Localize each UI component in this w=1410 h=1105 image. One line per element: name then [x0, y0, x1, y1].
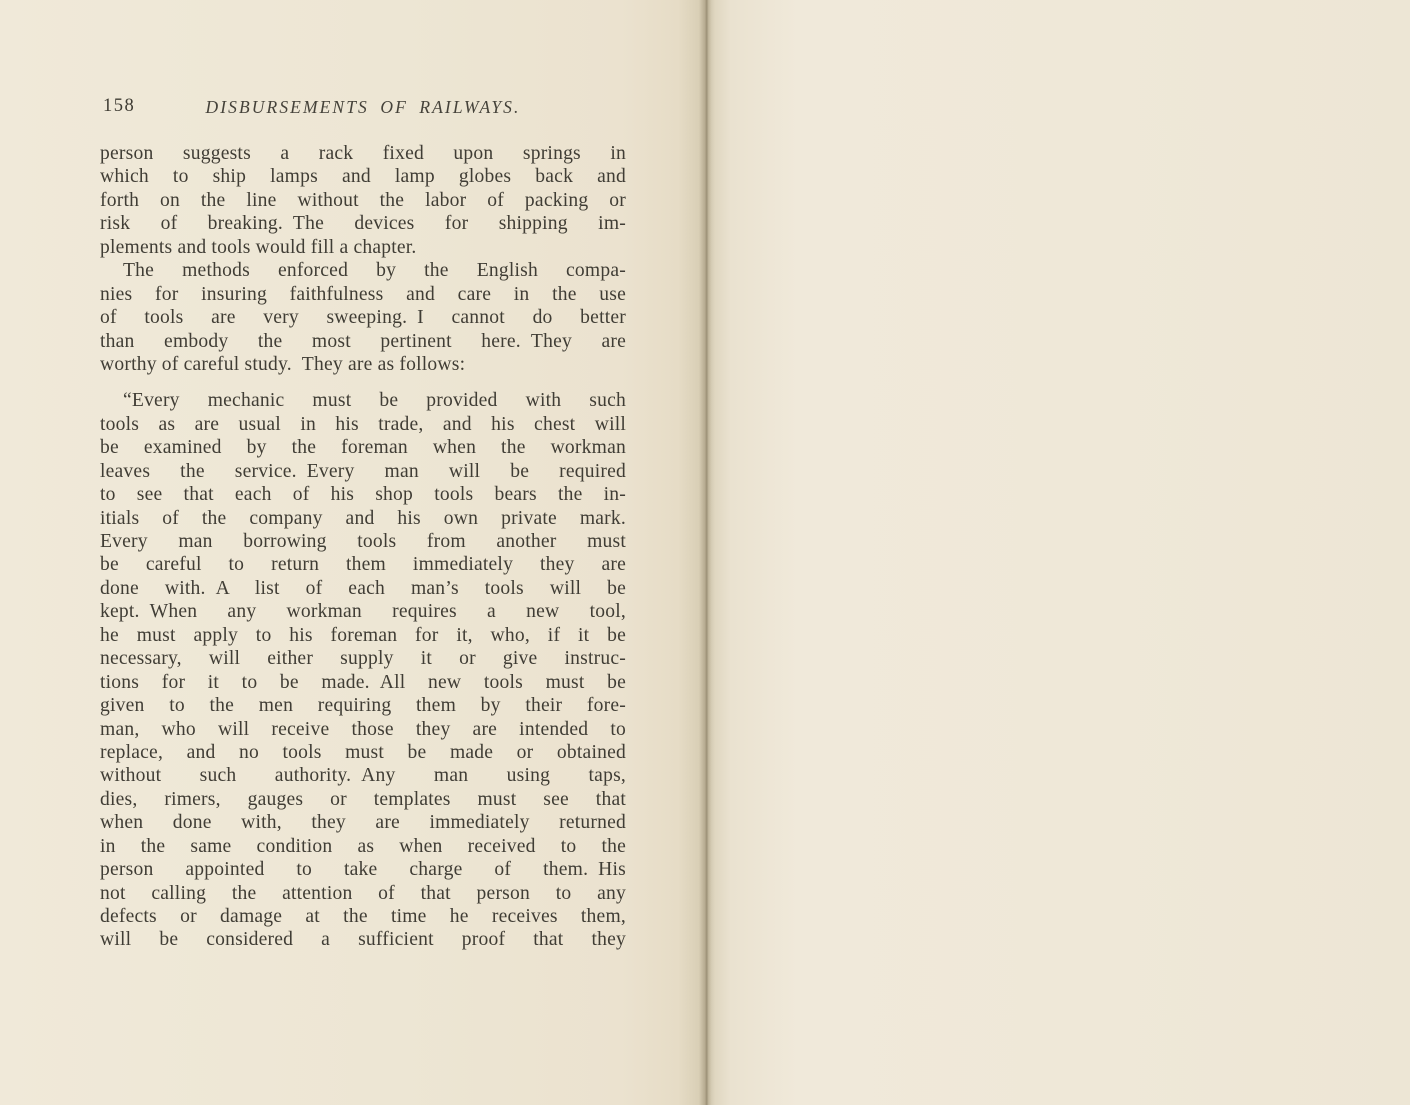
text-line: person appointed to take charge of them.… [100, 858, 626, 881]
text-line: nies for insuring faithfulness and care … [100, 283, 626, 306]
text-line: person suggests a rack fixed upon spring… [100, 142, 626, 165]
text-line: in the same condition as when received t… [100, 835, 626, 858]
text-line: plements and tools would fill a chapter. [100, 236, 626, 259]
text-line: necessary, will either supply it or give… [100, 647, 626, 670]
text-line: than embody the most pertinent here. The… [100, 330, 626, 353]
text-line: to see that each of his shop tools bears… [100, 483, 626, 506]
text-line: “Every mechanic must be provided with su… [100, 389, 626, 412]
text-line: worthy of careful study. They are as fol… [100, 353, 626, 376]
left-page-text: person suggests a rack fixed upon spring… [100, 142, 626, 952]
paragraph: person suggests a rack fixed upon spring… [100, 142, 626, 259]
paragraph: The methods enforced by the English comp… [100, 259, 626, 376]
right-page: CARE AND USE OF TOOLS. 159 were then in … [706, 0, 1410, 1105]
text-line: The methods enforced by the English comp… [100, 259, 626, 282]
text-line: dies, rimers, gauges or templates must s… [100, 788, 626, 811]
text-line: Every man borrowing tools from another m… [100, 530, 626, 553]
text-line: tions for it to be made. All new tools m… [100, 671, 626, 694]
book-spread-scan: 158 DISBURSEMENTS OF RAILWAYS. person su… [0, 0, 1410, 1105]
text-line: be careful to return them immediately th… [100, 553, 626, 576]
text-line: itials of the company and his own privat… [100, 507, 626, 530]
text-line: not calling the attention of that person… [100, 882, 626, 905]
text-line: will be considered a sufficient proof th… [100, 928, 626, 951]
text-line: when done with, they are immediately ret… [100, 811, 626, 834]
text-line: be examined by the foreman when the work… [100, 436, 626, 459]
text-line: which to ship lamps and lamp globes back… [100, 165, 626, 188]
running-head-left: DISBURSEMENTS OF RAILWAYS. [100, 97, 626, 118]
left-page: 158 DISBURSEMENTS OF RAILWAYS. person su… [0, 0, 706, 1105]
text-line: leaves the service. Every man will be re… [100, 460, 626, 483]
text-line: tools as are usual in his trade, and his… [100, 413, 626, 436]
paragraph: “Every mechanic must be provided with su… [100, 389, 626, 952]
text-line: replace, and no tools must be made or ob… [100, 741, 626, 764]
text-line: done with. A list of each man’s tools wi… [100, 577, 626, 600]
text-line: kept. When any workman requires a new to… [100, 600, 626, 623]
text-line: without such authority. Any man using ta… [100, 764, 626, 787]
text-line: man, who will receive those they are int… [100, 718, 626, 741]
text-line: forth on the line without the labor of p… [100, 189, 626, 212]
text-line: risk of breaking. The devices for shippi… [100, 212, 626, 235]
text-line: he must apply to his foreman for it, who… [100, 624, 626, 647]
text-line: defects or damage at the time he receive… [100, 905, 626, 928]
text-line: given to the men requiring them by their… [100, 694, 626, 717]
text-line: of tools are very sweeping. I cannot do … [100, 306, 626, 329]
